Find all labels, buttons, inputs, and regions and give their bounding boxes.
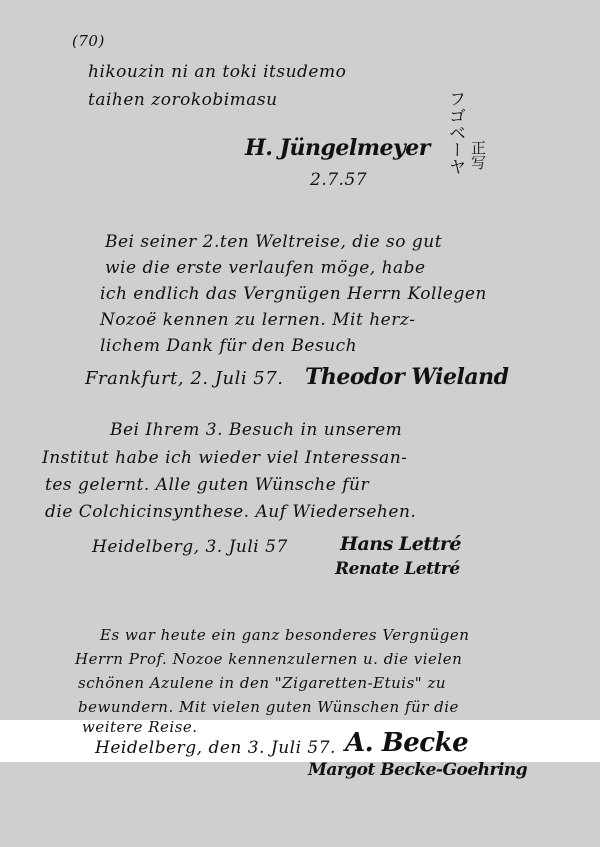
entry4-line-3: schönen Azulene in den "Zigaretten-Etuis… — [78, 674, 446, 692]
entry3-line-2: Institut habe ich wieder viel Interessan… — [42, 448, 407, 468]
entry2-signature: Theodor Wieland — [305, 364, 509, 390]
page-number: (70) — [72, 32, 105, 50]
entry2-place-date: Frankfurt, 2. Juli 57. — [85, 368, 283, 389]
entry1-signature: H. Jüngelmeyer — [245, 135, 430, 161]
entry4-line-2: Herrn Prof. Nozoe kennenzulernen u. die … — [75, 650, 462, 668]
entry1-line-2: taihen zorokobimasu — [88, 90, 278, 110]
entry1-katakana: フゴベーヤ — [443, 90, 468, 175]
entry2-line-3: ich endlich das Vergnügen Herrn Kollegen — [100, 284, 487, 304]
entry1-line-1: hikouzin ni an toki itsudemo — [88, 62, 346, 82]
entry3-line-3: tes gelernt. Alle guten Wünsche für — [45, 475, 369, 495]
entry3-place-date: Heidelberg, 3. Juli 57 — [92, 537, 288, 557]
entry4-signature-1: A. Becke — [345, 728, 468, 758]
entry2-line-4: Nozoë kennen zu lernen. Mit herz- — [100, 310, 416, 330]
entry4-line-1: Es war heute ein ganz besonderes Vergnüg… — [100, 626, 469, 644]
entry2-line-2: wie die erste verlaufen möge, habe — [105, 258, 426, 278]
entry4-place-date: Heidelberg, den 3. Juli 57. — [95, 738, 336, 758]
entry2-line-5: lichem Dank für den Besuch — [100, 336, 357, 356]
entry4-line-5: weitere Reise. — [82, 718, 198, 736]
entry1-kanji: 正写 — [468, 140, 489, 170]
entry4-line-4: bewundern. Mit vielen guten Wünschen für… — [78, 698, 459, 716]
entry1-date: 2.7.57 — [310, 170, 367, 190]
entry3-signature-1: Hans Lettré — [340, 533, 461, 555]
entry3-line-1: Bei Ihrem 3. Besuch in unserem — [110, 420, 402, 440]
entry4-signature-2: Margot Becke-Goehring — [308, 760, 527, 780]
entry3-signature-2: Renate Lettré — [335, 559, 460, 579]
entry3-line-4: die Colchicinsynthese. Auf Wiedersehen. — [45, 502, 416, 522]
entry2-line-1: Bei seiner 2.ten Weltreise, die so gut — [105, 232, 442, 252]
